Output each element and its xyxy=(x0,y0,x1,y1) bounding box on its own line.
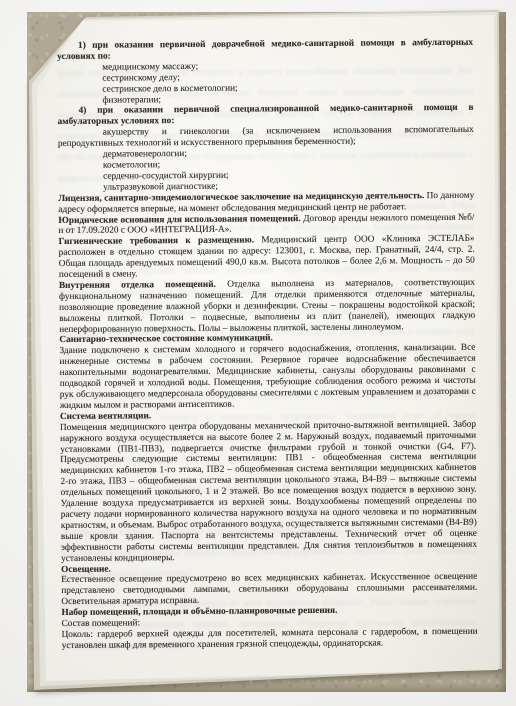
paragraph-interior-finish: Внутренняя отделка помещений. Отделка вы… xyxy=(59,278,475,336)
photo-of-document: Здание подключено к системам холодного и… xyxy=(0,0,516,706)
paragraph-lighting: Естественное освещение предусмотрено во … xyxy=(61,572,477,608)
paragraph-hygienic-requirements-lead: Гигиенические требования к размещению. xyxy=(59,236,255,248)
paragraph-basement-premises: Цоколь: гардероб верхней одежды для посе… xyxy=(62,627,478,652)
paragraph-communications: Здание подключено к системам холодного и… xyxy=(59,343,476,412)
paragraph-ventilation: Помещения медицинского центра оборудован… xyxy=(60,419,477,564)
paragraph-legal-grounds-lead: Юридические основания для использования … xyxy=(58,214,300,226)
document-text: 1) при оказании первичной доврачебной ме… xyxy=(57,38,478,683)
paragraph-interior-finish-lead: Внутренняя отделка помещений. xyxy=(59,280,216,291)
paragraph-hygienic-requirements: Гигиенические требования к размещению. М… xyxy=(59,234,475,281)
